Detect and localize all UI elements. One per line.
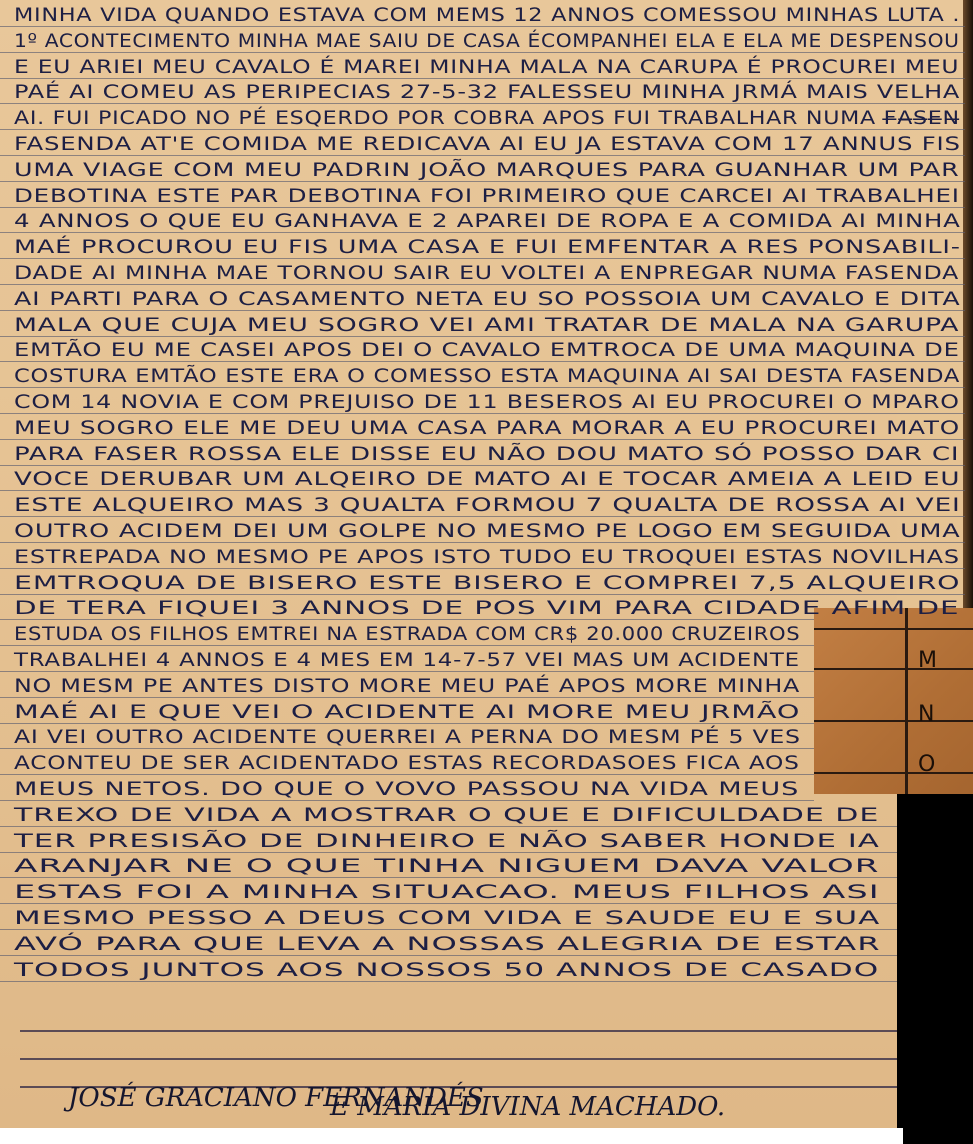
text-line: PAÉ AI COMEU AS PERIPECIAS 27-5-32 FALES…: [14, 81, 960, 103]
ruled-line: [0, 361, 965, 362]
ruled-line: [0, 336, 965, 337]
index-letter-n: N: [918, 702, 934, 727]
text-line: EMTROQUA DE BISERO ESTE BISERO E COMPREI…: [14, 572, 960, 594]
text-line: EMTÃO EU ME CASEI APOS DEI O CAVALO EMTR…: [14, 339, 960, 361]
text-line: ACONTEU DE SER ACIDENTADO ESTAS RECORDAS…: [14, 752, 800, 774]
ruled-line: [0, 852, 897, 853]
index-tab: [814, 608, 973, 794]
ruled-line: [0, 800, 814, 801]
ruled-line: [0, 490, 965, 491]
ruled-line: [0, 387, 965, 388]
text-line: VOCE DERUBAR UM ALQEIRO DE MATO AI E TOC…: [14, 468, 960, 490]
ruled-line: [0, 826, 897, 827]
text-line: PARA FASER ROSSA ELE DISSE EU NÃO DOU MA…: [14, 443, 959, 465]
ruled-line: [0, 103, 965, 104]
text-line: MALA QUE CUJA MEU SOGRO VEI AMI TRATAR D…: [14, 314, 959, 336]
ruled-line: [0, 748, 814, 749]
text-line: TREXO DE VIDA A MOSTRAR O QUE E DIFICULD…: [14, 804, 879, 826]
ruled-line: [0, 516, 965, 517]
text-line: AI. FUI PICADO NO PÉ ESQERDO POR COBRA A…: [14, 107, 960, 129]
text-line: MAÉ AI E QUE VEI O ACIDENTE AI MORE MEU …: [14, 701, 800, 723]
text-line: FASENDA AT'E COMIDA ME REDICAVA AI EU JA…: [14, 133, 961, 155]
index-tab-rule: [814, 628, 973, 630]
ruled-line: [0, 129, 965, 130]
ruled-line: [0, 981, 897, 982]
text-line: MEU SOGRO ELE ME DEU UMA CASA PARA MORAR…: [14, 417, 960, 439]
index-tab-rule: [814, 668, 973, 670]
ruled-line: [0, 465, 965, 466]
text-line: E EU ARIEI MEU CAVALO É MAREI MINHA MALA…: [14, 56, 959, 78]
text-line: MAÉ PROCUROU EU FIS UMA CASA E FUI EMFEN…: [14, 236, 961, 258]
index-tab-divider: [905, 608, 908, 794]
ruled-line: [0, 413, 965, 414]
text-line: ESTAS FOI A MINHA SITUACAO. MEUS FILHOS …: [14, 881, 880, 903]
text-line: COM 14 NOVIA E COM PREJUISO DE 11 BESERO…: [14, 391, 960, 413]
text-line: DEBOTINA ESTE PAR DEBOTINA FOI PRIMEIRO …: [14, 185, 960, 207]
text-line: AI PARTI PARA O CASAMENTO NETA EU SO POS…: [14, 288, 961, 310]
ruled-line: [0, 78, 965, 79]
text-line: TER PRESISÃO DE DINHEIRO E NÃO SABER HON…: [14, 830, 880, 852]
text-line: AVÓ PARA QUE LEVA A NOSSAS ALEGRIA DE ES…: [14, 933, 881, 955]
text-line: TODOS JUNTOS AOS NOSSOS 50 ANNOS DE CASA…: [14, 959, 879, 981]
scan-margin: [0, 1128, 903, 1144]
text-line: MINHA VIDA QUANDO ESTAVA COM MEMS 12 ANN…: [14, 4, 960, 26]
ruled-line: [0, 955, 897, 956]
ruled-line: [0, 929, 897, 930]
signature-line-2: E MARIA DIVINA MACHADO.: [330, 1092, 725, 1122]
ruled-line: [0, 903, 897, 904]
ruled-line: [0, 26, 965, 27]
ruled-line: [0, 181, 965, 182]
paper-shadow-edge: [963, 0, 973, 612]
signature-second-name: E MARIA DIVINA MACHADO.: [330, 1092, 725, 1122]
ruled-line: [0, 877, 897, 878]
text-line: MESMO PESSO A DEUS COM VIDA E SAUDE EU E…: [14, 907, 880, 929]
ruled-line: [0, 310, 965, 311]
text-line: TRABALHEI 4 ANNOS E 4 MES EM 14-7-57 VEI…: [14, 649, 800, 671]
text-line: ESTREPADA NO MESMO PE APOS ISTO TUDO EU …: [14, 546, 960, 568]
ruled-line: [0, 439, 965, 440]
ruled-line: [0, 594, 965, 595]
index-tab-rule: [814, 720, 973, 722]
ruled-line: [0, 542, 965, 543]
ruled-line: [0, 774, 814, 775]
ruled-line: [0, 671, 814, 672]
ruled-line: [0, 258, 965, 259]
text-line: MEUS NETOS. DO QUE O VOVO PASSOU NA VIDA…: [14, 778, 799, 800]
index-tab-rule: [814, 772, 973, 774]
ruled-line: [0, 207, 965, 208]
ruled-line: [0, 568, 965, 569]
index-letter-o: O: [918, 752, 935, 777]
text-line: OUTRO ACIDEM DEI UM GOLPE NO MESMO PE LO…: [14, 520, 961, 542]
ruled-line: [0, 52, 965, 53]
text-line: AI VEI OUTRO ACIDENTE QUERREI A PERNA DO…: [14, 726, 801, 748]
text-line: ARANJAR NE O QUE TINHA NIGUEM DAVA VALOR: [14, 855, 880, 877]
text-line: ESTE ALQUEIRO MAS 3 QUALTA FORMOU 7 QUAL…: [14, 494, 961, 516]
ruled-line: [0, 645, 814, 646]
text-line: 4 ANNOS O QUE EU GANHAVA E 2 APAREI DE R…: [14, 210, 961, 232]
ruled-line: [20, 1058, 897, 1060]
ruled-line: [20, 1030, 897, 1032]
ruled-line: [0, 723, 814, 724]
text-line: DE TERA FIQUEI 3 ANNOS DE POS VIM PARA C…: [14, 597, 959, 619]
text-line: DADE AI MINHA MAE TORNOU SAIR EU VOLTEI …: [14, 262, 959, 284]
index-letter-m: M: [918, 648, 937, 673]
ruled-line: [0, 697, 814, 698]
text-line: 1º ACONTECIMENTO MINHA MAE SAIU DE CASA …: [14, 30, 960, 52]
text-line: ESTUDA OS FILHOS EMTREI NA ESTRADA COM C…: [14, 623, 800, 645]
text-line: UMA VIAGE COM MEU PADRIN JOÃO MARQUES PA…: [14, 159, 960, 181]
ruled-line: [0, 284, 965, 285]
ruled-line: [0, 232, 965, 233]
text-line: NO MESM PE ANTES DISTO MORE MEU PAÉ APOS…: [14, 675, 800, 697]
text-line: COSTURA EMTÃO ESTE ERA O COMESSO ESTA MA…: [14, 365, 960, 387]
ruled-line: [0, 155, 965, 156]
